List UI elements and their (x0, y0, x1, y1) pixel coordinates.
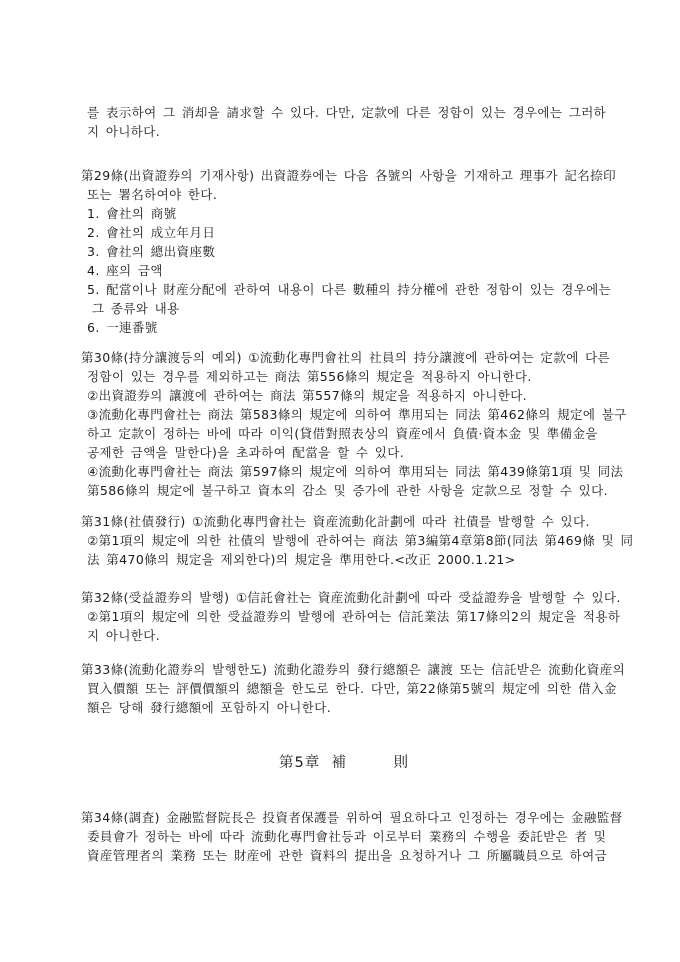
text-line: 지 아니하다. (87, 122, 607, 141)
text-line: 第33條(流動化證券의 발행한도) 流動化證券의 發行總額은 讓渡 또는 信託받… (81, 660, 607, 679)
text-line: 하고 定款이 정하는 바에 따라 이익(貸借對照表상의 資産에서 負債·資本金 … (87, 424, 607, 443)
text-line: 額은 당해 發行總額에 포함하지 아니한다. (87, 698, 607, 717)
text-line: 第31條(社債發行) ①流動化專門會社는 資産流動化計劃에 따라 社債를 발행할… (81, 512, 607, 531)
text-line: 第29條(出資證券의 기재사항) 出資證券에는 다음 各號의 사항을 기재하고 … (81, 166, 607, 185)
text-line: 3. 會社의 總出資座數 (87, 242, 607, 261)
text-line: 第32條(受益證券의 발행) ①信託會社는 資産流動化計劃에 따라 受益證券을 … (81, 588, 607, 607)
text-line: 6. 一連番號 (87, 318, 607, 337)
text-line: 정함이 있는 경우를 제외하고는 商法 第556條의 規定을 적용하지 아니한다… (87, 367, 607, 386)
text-line: 1. 會社의 商號 (87, 204, 607, 223)
text-line: 第34條(調査) 金融監督院長은 投資者保護를 위하여 필요하다고 인정하는 경… (81, 808, 607, 827)
text-line: ②出資證券의 讓渡에 관하여는 商法 第557條의 規定을 적용하지 아니한다. (87, 386, 607, 405)
text-line: 지 아니한다. (87, 626, 607, 645)
text-line: ④流動化專門會社는 商法 第597條의 規定에 의하여 準用되는 同法 第439… (87, 462, 607, 481)
text-line: 法 第470條의 規定을 제외한다)의 規定을 準用한다.<改正 2000.1.… (87, 550, 607, 569)
text-line: 5. 配當이나 財産分配에 관하여 내용이 다른 數種의 持分權에 관한 정함이… (87, 280, 607, 299)
text-line: 공제한 금액을 말한다)을 초과하여 配當을 할 수 있다. (87, 443, 607, 462)
article-33: 第33條(流動化證券의 발행한도) 流動化證券의 發行總額은 讓渡 또는 信託받… (81, 660, 607, 717)
article-28-continuation: 를 表示하여 그 消却을 請求할 수 있다. 다만, 定款에 다른 정함이 있는… (81, 103, 607, 141)
text-line: ②第1項의 規定에 의한 社債의 발행에 관하여는 商法 第3編第4章第8節(同… (87, 531, 607, 550)
text-line: 를 表示하여 그 消却을 請求할 수 있다. 다만, 定款에 다른 정함이 있는… (87, 103, 607, 122)
text-line: 資産管理者의 業務 또는 財産에 관한 資料의 提出을 요청하거나 그 所屬職員… (87, 846, 607, 865)
article-34: 第34條(調査) 金融監督院長은 投資者保護를 위하여 필요하다고 인정하는 경… (81, 808, 607, 865)
text-line: 4. 座의 금액 (87, 261, 607, 280)
document-page: 를 表示하여 그 消却을 請求할 수 있다. 다만, 定款에 다른 정함이 있는… (0, 0, 680, 962)
text-line: 第30條(持分讓渡등의 예외) ①流動化專門會社의 社員의 持分讓渡에 관하여는… (81, 348, 607, 367)
text-line: ②第1項의 規定에 의한 受益證券의 발행에 관하여는 信託業法 第17條의2의… (87, 607, 607, 626)
document-body: 를 表示하여 그 消却을 請求할 수 있다. 다만, 定款에 다른 정함이 있는… (81, 103, 607, 865)
text-line: 그 종류와 내용 (92, 299, 607, 318)
text-line: ③流動化專門會社는 商法 第583條의 規定에 의하여 準用되는 同法 第462… (87, 405, 607, 424)
chapter-heading: 第5章 補 則 (81, 753, 607, 773)
text-line: 2. 會社의 成立年月日 (87, 223, 607, 242)
article-30: 第30條(持分讓渡등의 예외) ①流動化專門會社의 社員의 持分讓渡에 관하여는… (81, 348, 607, 500)
article-29: 第29條(出資證券의 기재사항) 出資證券에는 다음 各號의 사항을 기재하고 … (81, 166, 607, 337)
text-line: 또는 署名하여야 한다. (87, 185, 607, 204)
text-line: 第586條의 規定에 불구하고 資本의 감소 및 증가에 관한 사항을 定款으로… (87, 481, 607, 500)
text-line: 委員會가 정하는 바에 따라 流動化專門會社등과 이로부터 業務의 수행을 委託… (87, 827, 607, 846)
article-32: 第32條(受益證券의 발행) ①信託會社는 資産流動化計劃에 따라 受益證券을 … (81, 588, 607, 645)
text-line: 買入價額 또는 評價價額의 總額을 한도로 한다. 다만, 第22條第5號의 規… (87, 679, 607, 698)
article-31: 第31條(社債發行) ①流動化專門會社는 資産流動化計劃에 따라 社債를 발행할… (81, 512, 607, 569)
